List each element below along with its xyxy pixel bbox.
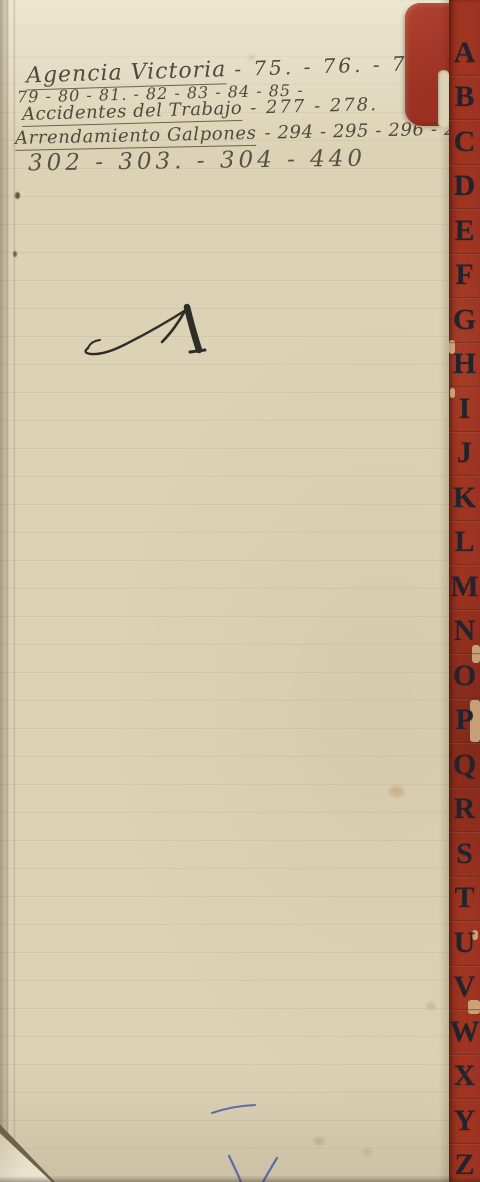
stain — [363, 1149, 371, 1155]
tab-letter-r: R — [449, 794, 480, 824]
alphabet-tab-strip: ABCDEFGHIJKLMNOPQRSTUVWXYZ — [449, 0, 480, 1182]
tab-letter-p: P — [449, 705, 480, 735]
entry-pages: 302 - 303. - 304 - 440 — [28, 146, 366, 177]
foxing-dot — [13, 251, 17, 257]
tab-seam — [449, 831, 480, 833]
tab-seam — [449, 1009, 480, 1011]
tab-letter-t: T — [449, 883, 480, 913]
tab-seam — [449, 520, 480, 522]
tab-seam — [449, 342, 480, 344]
tab-letter-g: G — [449, 305, 480, 335]
tab-letter-j: J — [449, 438, 480, 468]
foxing-dot — [15, 192, 20, 199]
tab-letter-a: A — [449, 38, 480, 68]
stain — [389, 786, 404, 797]
stain — [314, 1137, 325, 1145]
tab-letter-d: D — [449, 171, 480, 201]
tab-letter-h: H — [449, 349, 480, 379]
large-script-letter-a — [86, 307, 205, 354]
tab-seam — [449, 653, 480, 655]
tab-seam — [449, 119, 480, 121]
tab-letter-w: W — [449, 1017, 480, 1047]
tab-letter-q: Q — [449, 750, 480, 780]
tab-letter-e: E — [449, 216, 480, 246]
tab-seam — [449, 164, 480, 166]
tab-seam — [449, 876, 480, 878]
blue-pen-marks — [212, 1105, 277, 1182]
stain — [426, 1002, 436, 1010]
tab-letter-y: Y — [449, 1106, 480, 1136]
tab-seam — [449, 386, 480, 388]
tab-letter-l: L — [449, 527, 480, 557]
tab-letter-f: F — [449, 260, 480, 290]
tab-letter-k: K — [449, 483, 480, 513]
tab-letter-x: X — [449, 1061, 480, 1091]
tab-letter-u: U — [449, 928, 480, 958]
scanned-ledger-index-page: Agencia Victoria- 75. - 76. - 77 - 78 - … — [0, 0, 480, 1182]
tab-letter-o: O — [449, 661, 480, 691]
tab-seam — [449, 475, 480, 477]
tab-seam — [449, 787, 480, 789]
tab-letter-m: M — [449, 572, 480, 602]
tab-page-gap — [438, 70, 449, 128]
tab-seam — [449, 1054, 480, 1056]
tab-letter-n: N — [449, 616, 480, 646]
tab-seam — [449, 253, 480, 255]
tab-letter-b: B — [449, 82, 480, 112]
tab-seam — [449, 609, 480, 611]
index-entry-continuation: 302 - 303. - 304 - 440 — [28, 146, 366, 177]
tab-seam — [449, 564, 480, 566]
tab-seam — [449, 297, 480, 299]
entry-pages: - 277 - 278. — [250, 94, 378, 119]
binding-edge — [0, 0, 24, 1182]
entry-title: Arrendamiento Galpones — [15, 123, 257, 151]
bottom-edge-shadow — [0, 1176, 480, 1182]
tab-seam — [449, 208, 480, 210]
tab-seam — [449, 920, 480, 922]
tab-seam — [449, 1143, 480, 1145]
tab-seam — [449, 698, 480, 700]
tab-seam — [449, 742, 480, 744]
tab-letter-i: I — [449, 394, 480, 424]
ink-overlay — [0, 0, 480, 1182]
tab-letter-c: C — [449, 127, 480, 157]
tab-strip-shadow — [439, 0, 449, 1182]
tab-seam — [449, 431, 480, 433]
tab-letter-v: V — [449, 972, 480, 1002]
tab-seam — [449, 1098, 480, 1100]
tab-seam — [449, 965, 480, 967]
entry-title: Accidentes del Trabajo — [22, 98, 243, 127]
tab-letter-s: S — [449, 839, 480, 869]
tab-seam — [449, 75, 480, 77]
stain — [248, 55, 255, 60]
